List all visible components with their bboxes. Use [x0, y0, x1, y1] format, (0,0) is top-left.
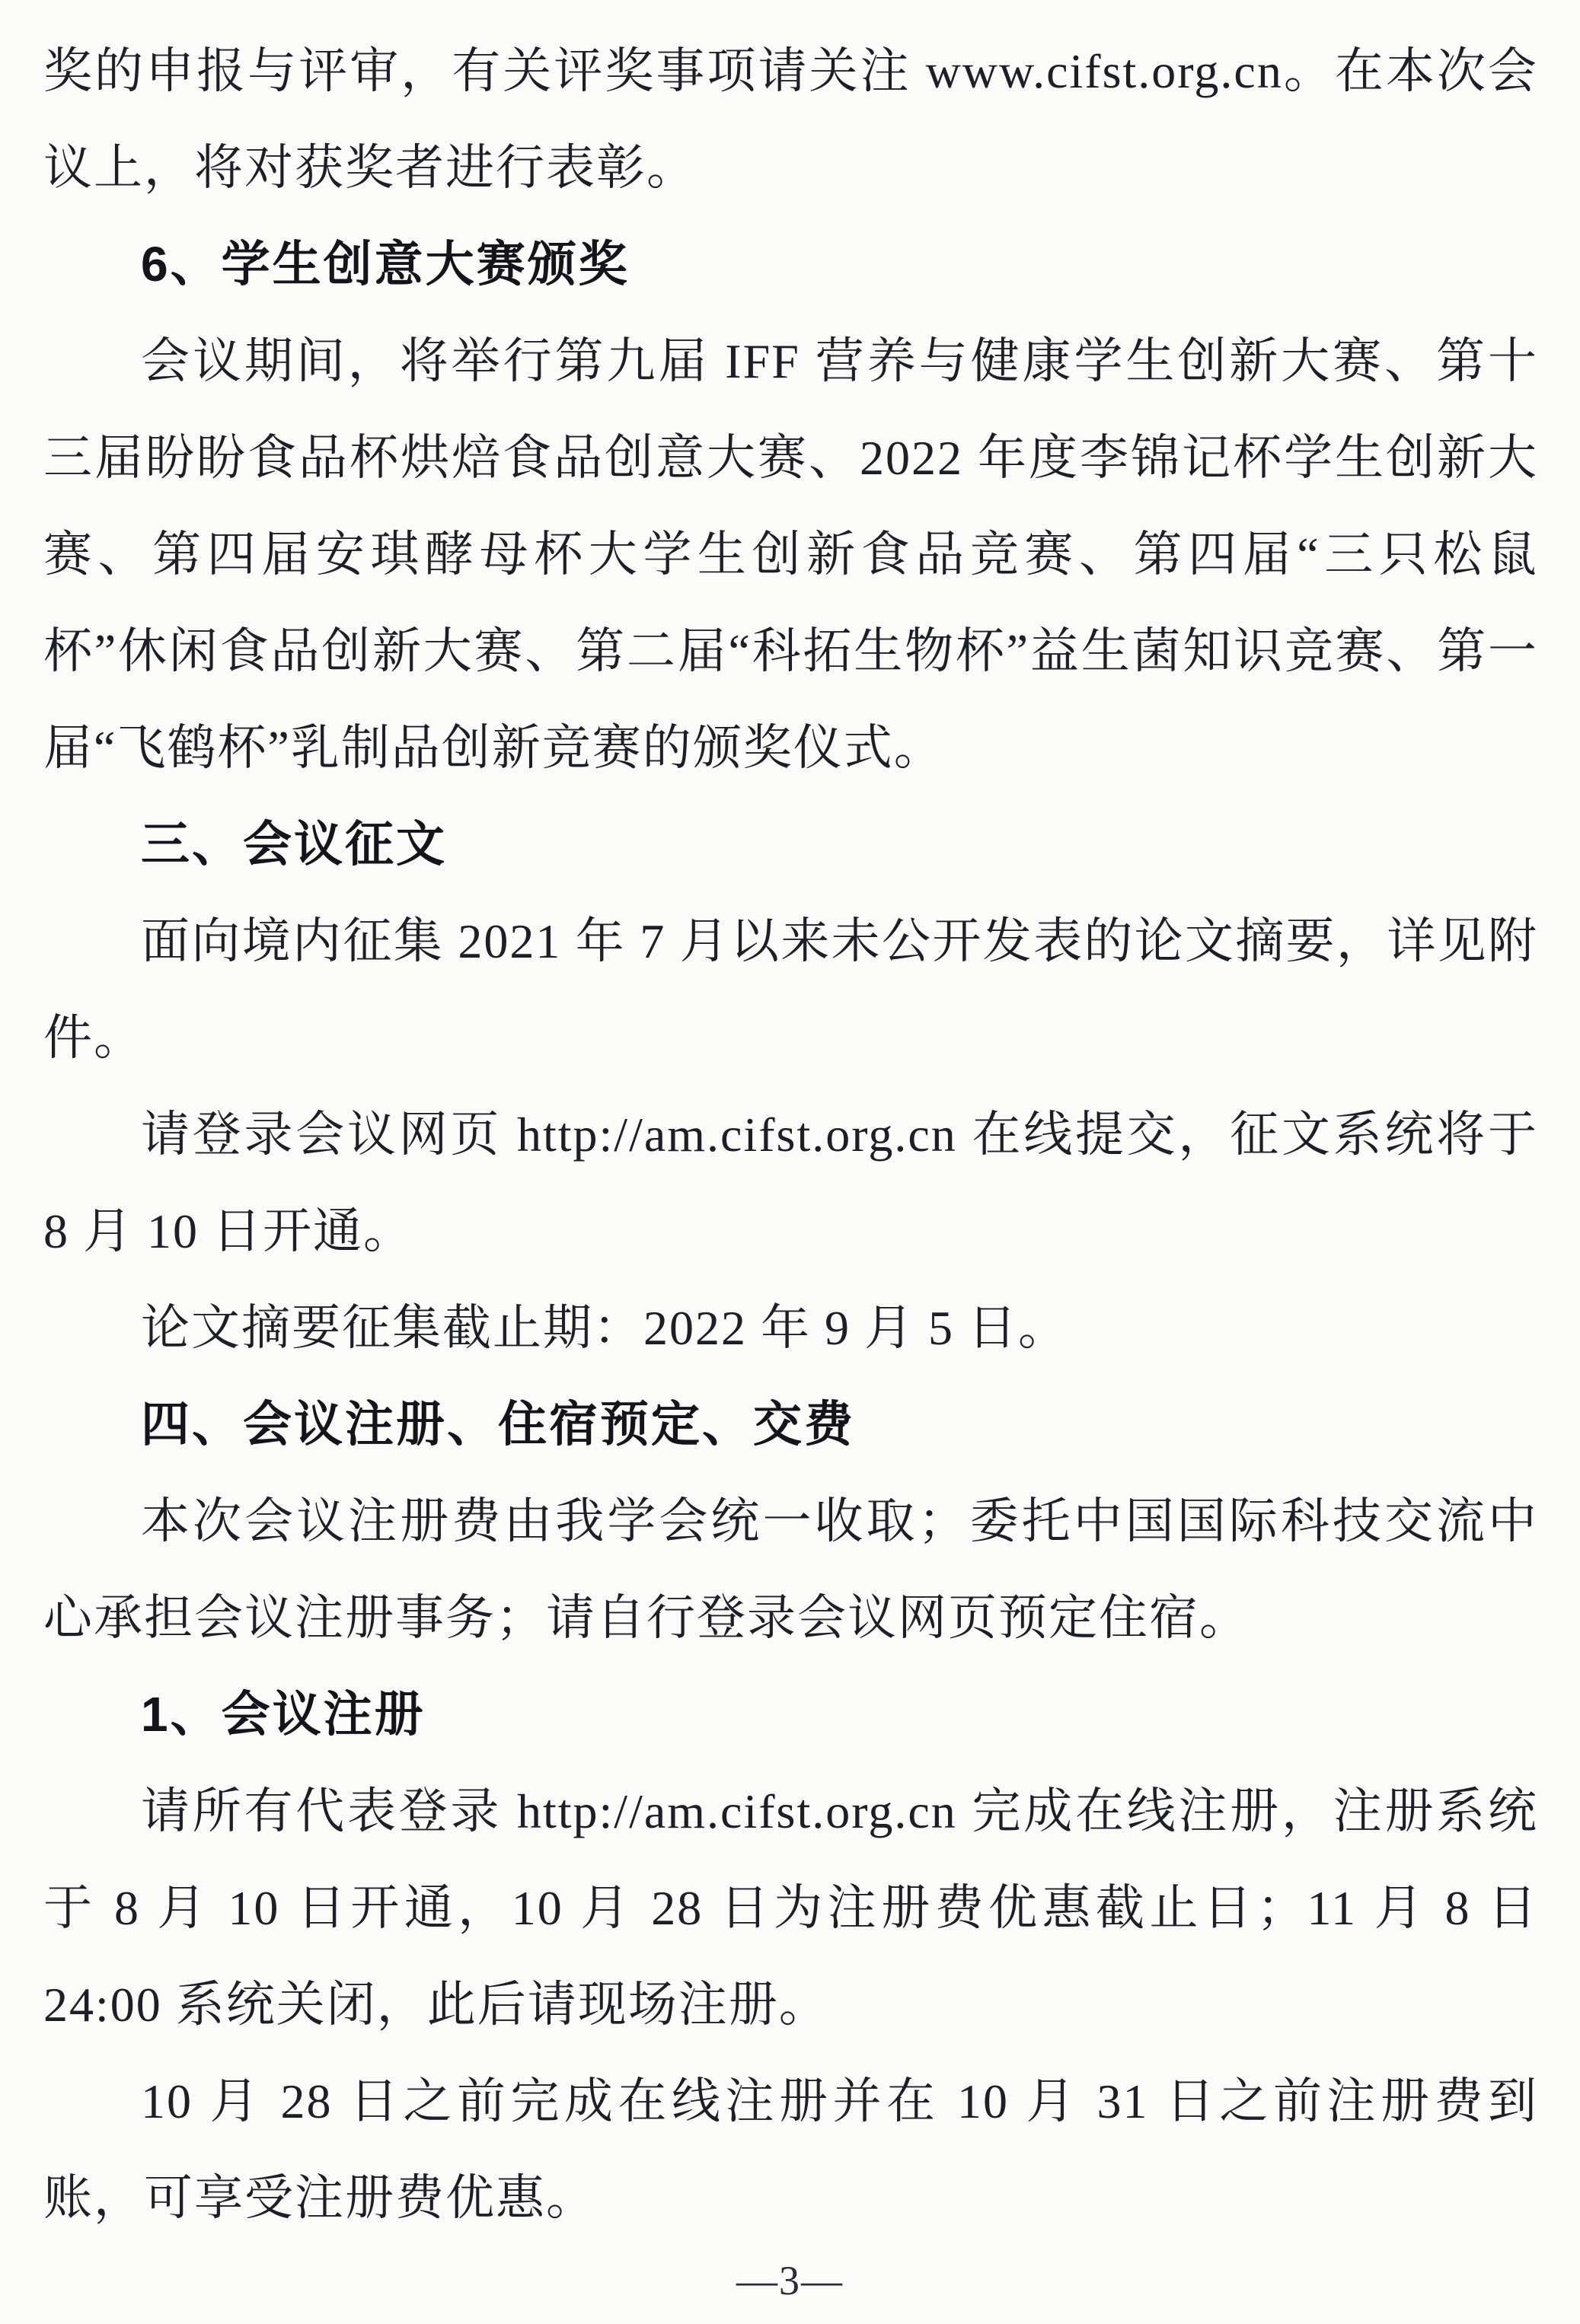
heading-registration-sub: 1、会议注册 [43, 1666, 1538, 1763]
paragraph-registration-discount: 10 月 28 日之前完成在线注册并在 10 月 31 日之前注册费到账，可享受… [43, 2053, 1538, 2246]
paragraph-registration-fee: 本次会议注册费由我学会统一收取；委托中国国际科技交流中心承担会议注册事务；请自行… [43, 1473, 1538, 1666]
paragraph-call-scope: 面向境内征集 2021 年 7 月以来未公开发表的论文摘要，详见附件。 [43, 893, 1538, 1086]
heading-call-for-papers: 三、会议征文 [43, 796, 1538, 893]
paragraph-call-deadline: 论文摘要征集截止期：2022 年 9 月 5 日。 [43, 1280, 1538, 1376]
document-body: 奖的申报与评审，有关评奖事项请关注 www.cifst.org.cn。在本次会议… [43, 23, 1538, 2246]
paragraph-call-submit: 请登录会议网页 http://am.cifst.org.cn 在线提交，征文系统… [43, 1086, 1538, 1280]
paragraph-student-awards: 会议期间，将举行第九届 IFF 营养与健康学生创新大赛、第十三届盼盼食品杯烘焙食… [43, 313, 1538, 796]
paragraph-registration-online: 请所有代表登录 http://am.cifst.org.cn 完成在线注册，注册… [43, 1763, 1538, 2053]
document-page: 奖的申报与评审，有关评奖事项请关注 www.cifst.org.cn。在本次会议… [0, 0, 1580, 2324]
page-number: —3— [736, 2258, 844, 2303]
paragraph-award-review-continued: 奖的申报与评审，有关评奖事项请关注 www.cifst.org.cn。在本次会议… [43, 23, 1538, 216]
heading-student-awards: 6、学生创意大赛颁奖 [43, 216, 1538, 313]
heading-registration: 四、会议注册、住宿预定、交费 [43, 1376, 1538, 1473]
page-footer: —3— [0, 2257, 1580, 2304]
